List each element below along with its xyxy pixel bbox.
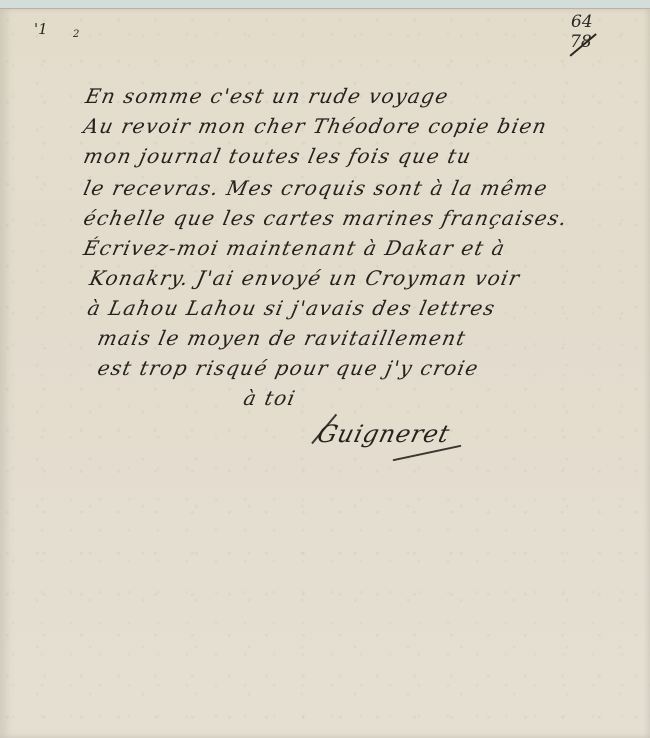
letter-line: le recevras. Mes croquis sont à la même bbox=[81, 176, 550, 200]
letter-line: à toi bbox=[241, 386, 298, 410]
margin-mark-left: '1 bbox=[34, 20, 48, 38]
letter-line: mais le moyen de ravitaillement bbox=[95, 326, 468, 350]
letter-line: à Lahou Lahou si j'avais des lettres bbox=[85, 296, 498, 320]
struck-page-number: 78 bbox=[570, 32, 592, 52]
letter-line: Au revoir mon cher Théodore copie bien bbox=[81, 114, 549, 138]
letter-line: échelle que les cartes marines française… bbox=[81, 206, 570, 230]
page-number: 64 bbox=[571, 12, 593, 32]
letter-line: est trop risqué pour que j'y croie bbox=[95, 356, 481, 380]
signature: Guigneret bbox=[315, 420, 454, 448]
scan-top-strip bbox=[0, 0, 650, 8]
letter-line: En somme c'est un rude voyage bbox=[83, 84, 451, 108]
letter-line: Konakry. J'ai envoyé un Croyman voir bbox=[87, 266, 522, 290]
letter-line: Écrivez-moi maintenant à Dakar et à bbox=[81, 236, 508, 260]
letter-line: mon journal toutes les fois que tu bbox=[81, 144, 474, 168]
margin-mark-number: 2 bbox=[73, 29, 79, 40]
